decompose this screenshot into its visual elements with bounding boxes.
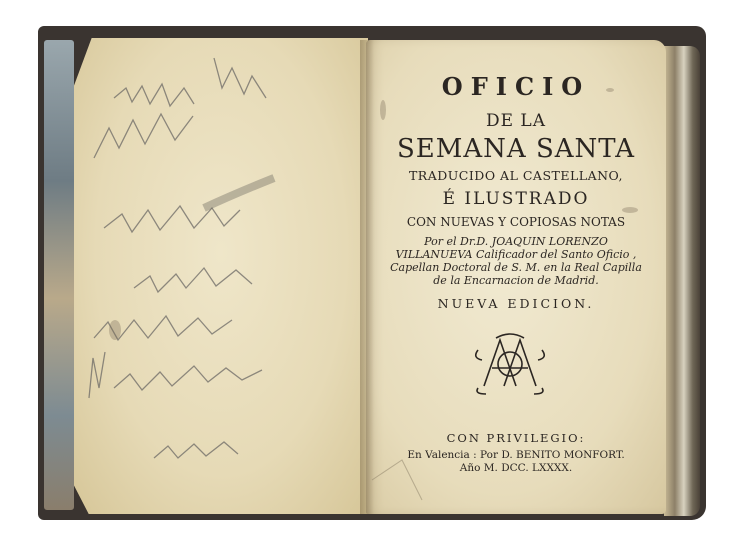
imprint: En Valencia : Por D. BENITO MONFORT. Año… [366,449,666,475]
privilege-label: CON PRIVILEGIO: [366,431,666,445]
pencil-scribbles [74,38,368,514]
imprint-line-1: En Valencia : Por D. BENITO MONFORT. [366,449,666,462]
marbled-endpaper [44,40,74,510]
page-edges [664,46,700,516]
subtitle-traducido: TRADUCIDO AL CASTELLANO, [366,168,666,183]
monogram-ornament-icon [470,330,550,398]
title-oficio: OFICIO [366,72,666,101]
title-de-la: DE LA [366,111,666,131]
imprint-line-2: Año M. DCC. LXXXX. [366,462,666,475]
author-block: Por el Dr.D. JOAQUIN LORENZO VILLANUEVA … [366,235,666,287]
edition-label: NUEVA EDICION. [366,296,666,311]
subtitle-ilustrado: É ILUSTRADO [366,189,666,209]
subtitle-notas: CON NUEVAS Y COPIOSAS NOTAS [366,215,666,229]
title-semana-santa: SEMANA SANTA [366,134,666,164]
